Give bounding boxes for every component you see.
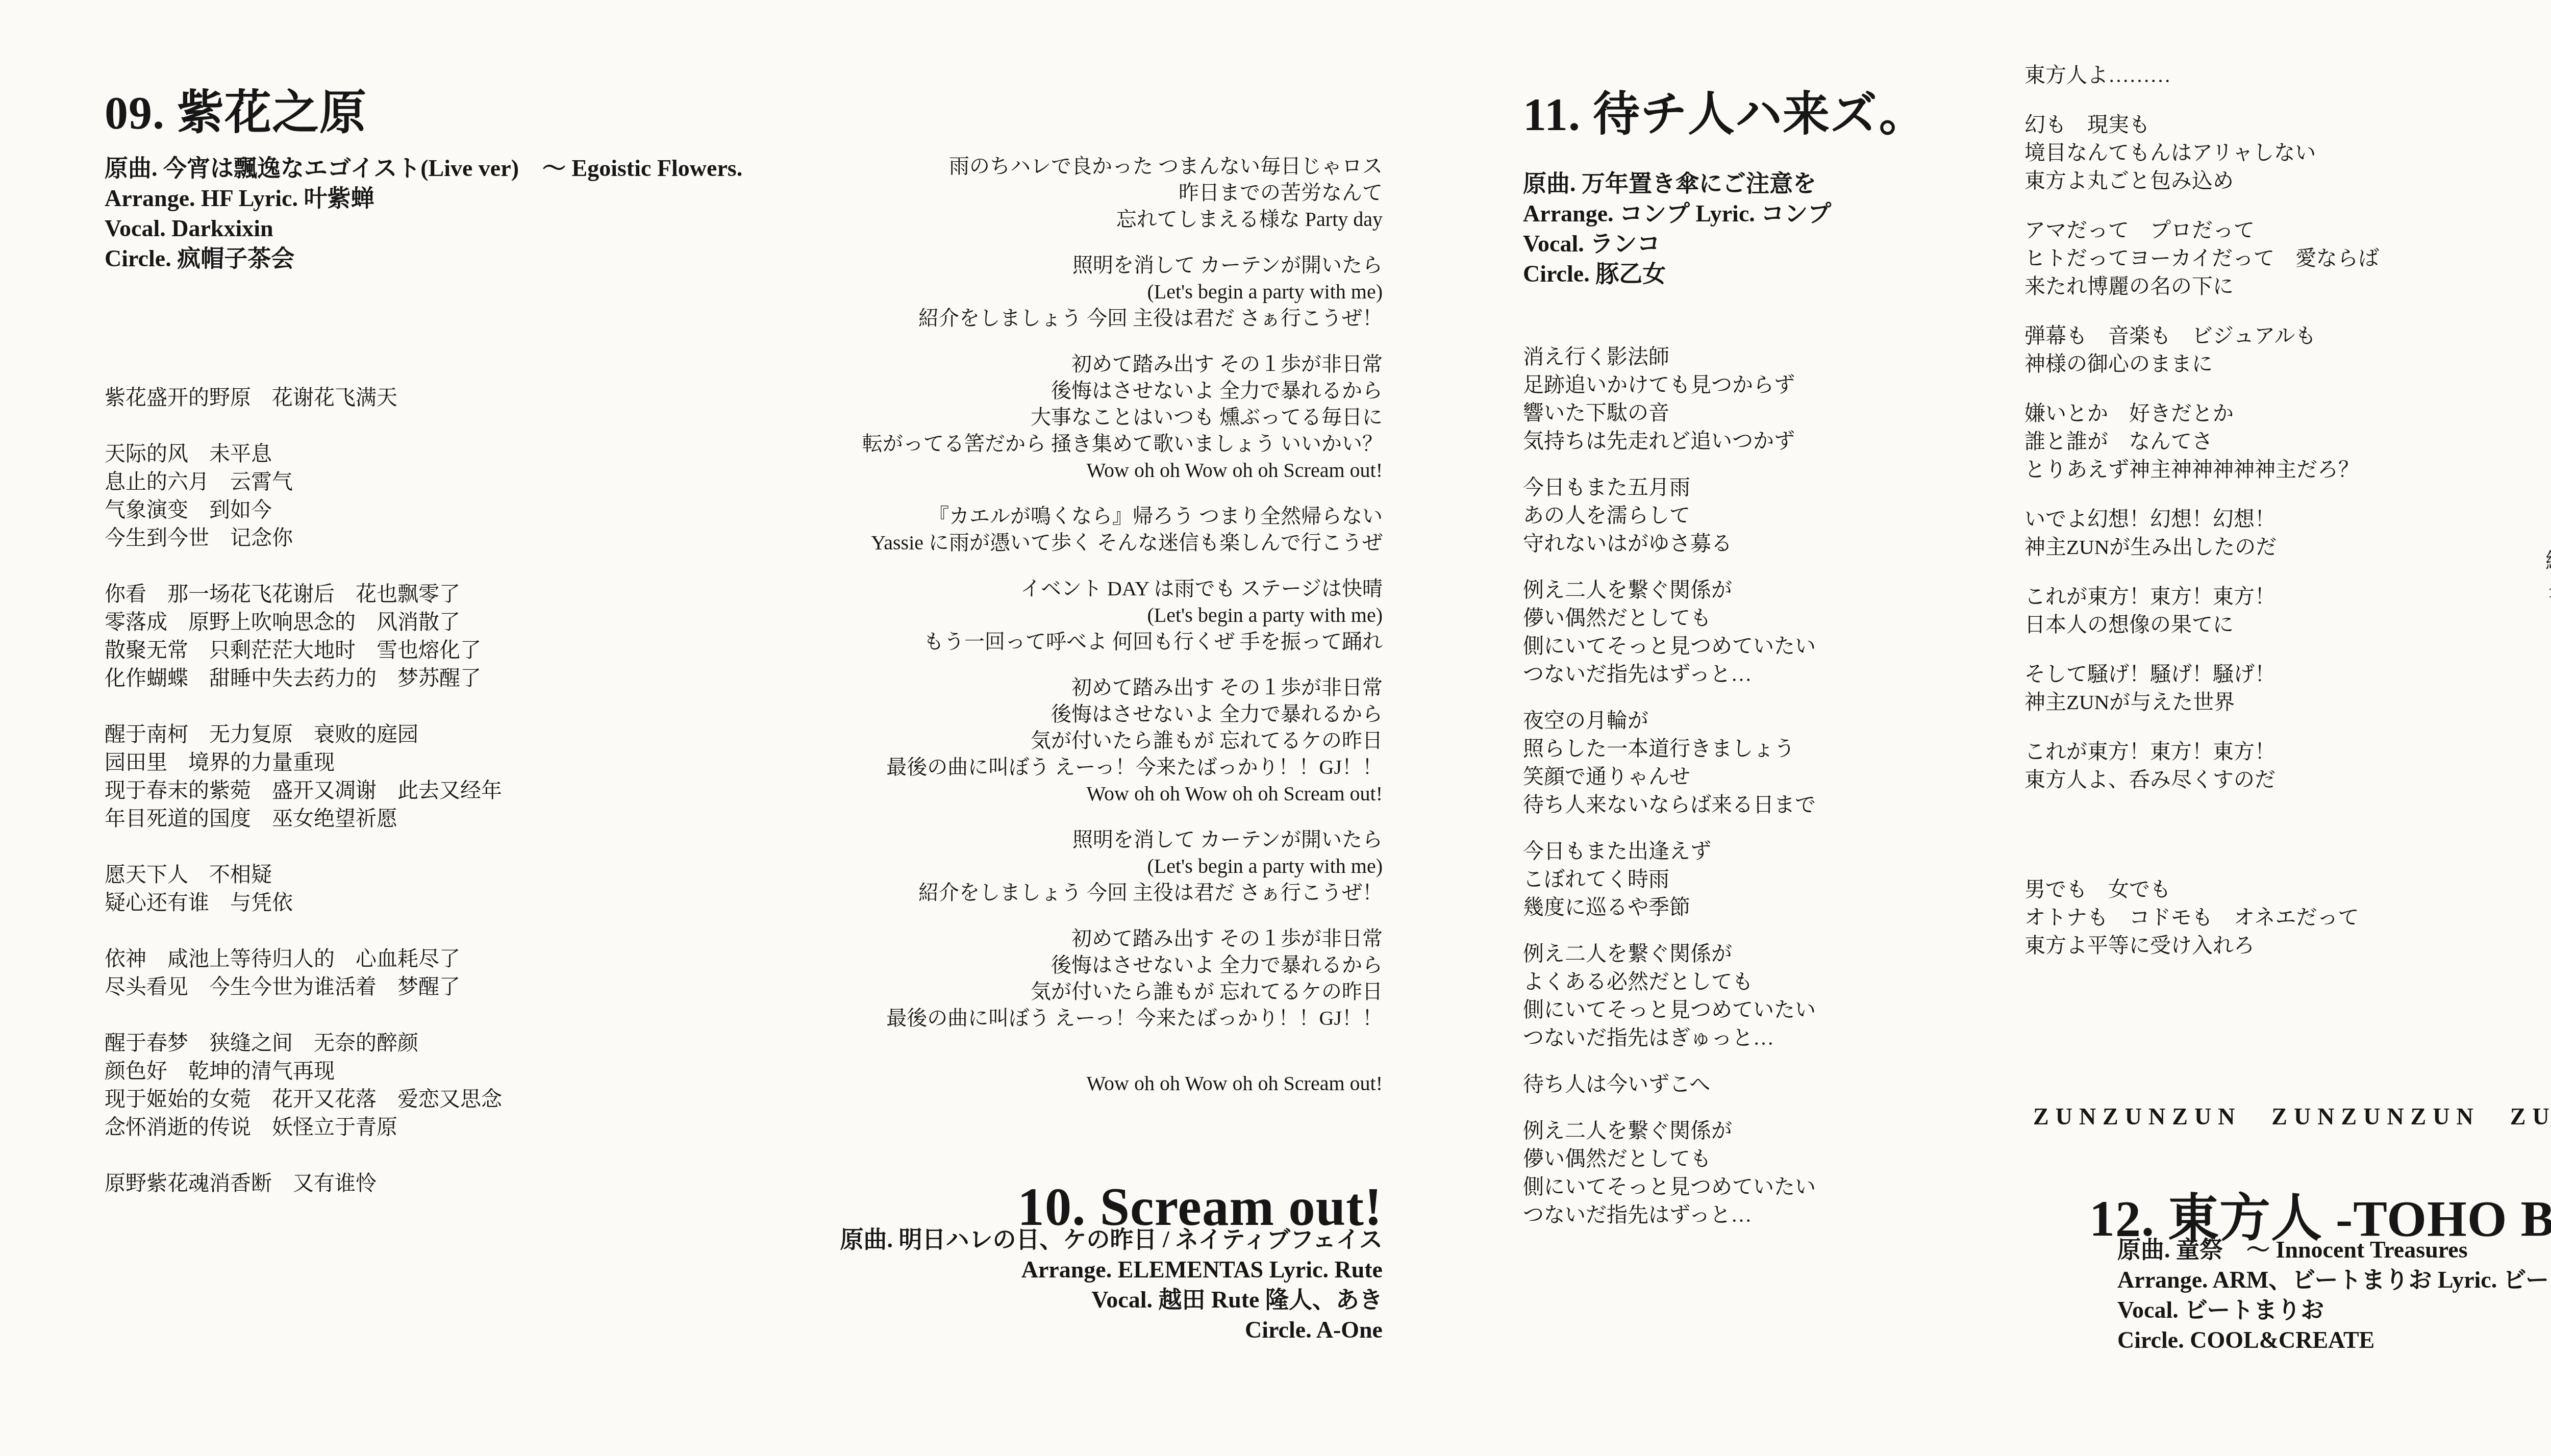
lyric-line: ヒトだってヨーカイだって 愛ならば bbox=[2024, 244, 2379, 272]
lyric-line: 雨のちハレで良かった つまんない毎日じゃロス bbox=[638, 153, 1383, 180]
lyric-line: 東方人よ、呑み尽くすのだ bbox=[2024, 766, 2379, 794]
lyric-line: 园田里 境界的力量重现 bbox=[105, 748, 502, 776]
stanza: 初めて踏み出す その１歩が非日常後悔はさせないよ 全力で暴れるから気が付いたら誰… bbox=[638, 925, 1383, 1032]
track12-vocal-credit: Vocal. ビートまりお bbox=[2117, 1295, 2551, 1325]
lyric-line: オトナも コドモも オネエだって bbox=[2024, 903, 2379, 932]
lyric-line: 幾度に巡るや季節 bbox=[1523, 893, 1816, 921]
stanza: Wow oh oh Wow oh oh Scream out! bbox=[638, 1070, 1383, 1097]
lyric-line: 足跡追いかけても見つからず bbox=[1523, 371, 1816, 399]
lyric-line: 大事なことはいつも 燻ぶってる毎日に bbox=[638, 404, 1383, 431]
lyric-line: 永夜抄 花映塚 文花帖 風神録 bbox=[2327, 519, 2551, 547]
lyric-line: (Let's begin a party with me) bbox=[638, 853, 1383, 880]
stanza: 嫌いとか 好きだとか誰と誰が なんてさとりあえず神主神神神神神主だろ？ bbox=[2024, 399, 2379, 484]
lyric-line: 原野紫花魂消香断 又有谁怜 bbox=[105, 1169, 502, 1197]
stanza: 弾幕も 音楽も ビジュアルも神様の御心のままに bbox=[2024, 322, 2379, 378]
lyric-line: いでよ幻想！幻想！幻想！ bbox=[2327, 652, 2551, 681]
lyric-line: 側にいてそっと見つめていたい bbox=[1523, 1173, 1816, 1201]
lyric-line: 现于春末的紫菀 盛开又凋谢 此去又经年 bbox=[105, 776, 502, 805]
track09-lyrics: 紫花盛开的野原 花谢花飞满天天际的风 未平息息止的六月 云霄气气象演变 到如今今… bbox=[105, 384, 502, 1225]
stanza: 初めて踏み出す その１歩が非日常後悔はさせないよ 全力で暴れるから大事なことはい… bbox=[638, 351, 1383, 484]
lyric-line: 気持ちは先走れど追いつかず bbox=[1523, 427, 1816, 455]
lyric-line: 誰と誰が なんてさ bbox=[2024, 428, 2379, 456]
stanza: 原野紫花魂消香断 又有谁怜 bbox=[105, 1169, 502, 1197]
stanza: 靈異伝 封魔録 夢時空 幻想郷怪綺談 紅魔郷 妖々夢 萃夢想永夜抄 花映塚 文花… bbox=[2327, 463, 2551, 631]
stanza: 男でも 女でもオトナも コドモも オネエだって東方よ平等に受け入れろ bbox=[2024, 875, 2379, 960]
track11-lyrics: 消え行く影法師足跡追いかけても見つからず響いた下駄の音気持ちは先走れど追いつかず… bbox=[1523, 343, 1816, 1247]
lyric-line: 守れないはがゆさ募る bbox=[1523, 530, 1816, 558]
stanza: いでよ幻想！幻想！幻想！神主ZUNが生み出したのだ bbox=[2024, 505, 2379, 561]
lyric-line: 『カエルが鳴くなら』帰ろう つまり全然帰らない bbox=[638, 503, 1383, 530]
lyric-line: そして騒げ！騒げ！騒げ！ bbox=[2024, 660, 2379, 688]
lyric-line: 転がってる筈だから 掻き集めて歌いましょう いいかい？ bbox=[638, 431, 1383, 457]
stanza: 例え二人を繋ぐ関係が儚い偶然だとしても側にいてそっと見つめていたいつないだ指先は… bbox=[1523, 576, 1816, 688]
lyrics-booklet-page: 09. 紫花之原 原曲. 今宵は飄逸なエゴイスト(Live ver) ～ Ego… bbox=[0, 0, 2551, 1456]
lyric-line: 散聚无常 只剩茫茫大地时 雪也熔化了 bbox=[105, 636, 502, 664]
lyric-line: こぼれてく時雨 bbox=[1523, 865, 1816, 893]
lyric-line: 男でも 女でも bbox=[2024, 875, 2379, 903]
lyric-line: 你看 那一场花飞花谢后 花也飘零了 bbox=[105, 580, 502, 608]
stanza: 醒于南柯 无力复原 衰败的庭园园田里 境界的力量重现现于春末的紫菀 盛开又凋谢 … bbox=[105, 720, 502, 833]
lyric-line: 後悔はさせないよ 全力で暴れるから bbox=[638, 952, 1383, 978]
lyric-line: つないだ指先はずっと… bbox=[1523, 1201, 1816, 1229]
stanza: 雨のちハレで良かった つまんない毎日じゃロス昨日までの苦労なんて忘れてしまえる様… bbox=[638, 153, 1383, 233]
lyric-line: ダブルスポイラー 大戦争 神霊廟 bbox=[2327, 575, 2551, 603]
lyric-line: 现于姬始的女菀 花开又花落 爱恋又思念 bbox=[105, 1085, 502, 1113]
track11-arrange-credit: Arrange. コンプ Lyric. コンプ bbox=[1523, 198, 1831, 229]
lyric-line: 初めて踏み出す その１歩が非日常 bbox=[638, 351, 1383, 378]
stanza: 例え二人を繋ぐ関係がよくある必然だとしても側にいてそっと見つめていたいつないだ指… bbox=[1523, 940, 1816, 1052]
lyric-line: Wow oh oh Wow oh oh Scream out! bbox=[638, 457, 1383, 484]
lyric-line: 側にいてそっと見つめていたい bbox=[1523, 632, 1816, 660]
track10-credits: 原曲. 明日ハレの日、ケの昨日 / ネイティブフェイス Arrange. ELE… bbox=[638, 1224, 1383, 1345]
lyric-line: 照明を消して カーテンが開いたら bbox=[638, 826, 1383, 853]
lyric-line: 緋想天 地霊殿 星蓮船 非想天則 bbox=[2327, 547, 2551, 575]
lyric-line: よくある必然だとしても bbox=[1523, 968, 1816, 996]
lyric-line: 後悔はさせないよ 全力で暴れるから bbox=[638, 701, 1383, 727]
lyric-line: 日本人の想像の果てに bbox=[2024, 611, 2379, 639]
lyric-line: イベント DAY は雨でも ステージは快晴 bbox=[638, 575, 1383, 602]
stanza: これが東方！東方！東方！東方人よ、呑み尽くすのだ bbox=[2024, 738, 2379, 794]
stanza: 照明を消して カーテンが開いたら(Let's begin a party wit… bbox=[638, 252, 1383, 332]
lyric-line: 照明を消して カーテンが開いたら bbox=[638, 252, 1383, 279]
lyric-line: Yassie に雨が憑いて歩く そんな迷信も楽しんで行こうぜ bbox=[638, 530, 1383, 556]
stanza: イベント DAY は雨でも ステージは快晴(Let's begin a part… bbox=[638, 575, 1383, 655]
lyric-line: 笑顔で通りゃんせ bbox=[1523, 763, 1816, 791]
stanza: 東方人よ……… bbox=[2024, 61, 2379, 89]
lyric-line: 神主ZUNが与えた世界 bbox=[2327, 836, 2551, 864]
lyric-line: 東方人よ……… bbox=[2024, 61, 2379, 89]
lyric-line: 最後の曲に叫ぼう えーっ！今来たばっかり！！GJ！！ bbox=[638, 754, 1383, 781]
lyric-line: Wow oh oh Wow oh oh Scream out! bbox=[638, 781, 1383, 807]
stanza: 今日もまた出逢えずこぼれてく時雨幾度に巡るや季節 bbox=[1523, 837, 1816, 921]
lyric-line: 靈異伝 封魔録 夢時空 幻想郷 bbox=[2327, 463, 2551, 491]
lyric-line: 神主ZUNが生み出したのだ bbox=[2024, 533, 2379, 561]
lyric-line: 天际的风 未平息 bbox=[105, 440, 502, 468]
lyric-line: 初めて踏み出す その１歩が非日常 bbox=[638, 925, 1383, 952]
lyric-line: パロだってナンだって 愛ならば bbox=[2327, 385, 2551, 413]
lyric-line: 東方よ平等に受け入れろ bbox=[2024, 932, 2379, 960]
lyric-line: とりあえず神主神神神神神主だろ？ bbox=[2024, 456, 2379, 484]
stanza: これが東方！東方！東方！日本人の想像の果てに bbox=[2024, 583, 2379, 639]
stanza: これが東方！東方！東方！日本人の想像の果てに bbox=[2327, 730, 2551, 786]
track11-title: 11. 待チ人ハ来ズ。 bbox=[1523, 77, 1927, 144]
track12-credits: 原曲. 童祭 ～ Innocent Treasures Arrange. ARM… bbox=[2117, 1235, 2551, 1355]
lyric-line: 側にいてそっと見つめていたい bbox=[1523, 996, 1816, 1024]
track12-original-credit: 原曲. 童祭 ～ Innocent Treasures bbox=[2117, 1235, 2551, 1265]
stanza: 夜空の月輪が照らした一本道行きましょう笑顔で通りゃんせ待ち人来ないならば来る日ま… bbox=[1523, 707, 1816, 819]
stanza: いでよ幻想！幻想！幻想！神主ZUNが生み出したのだ bbox=[2327, 652, 2551, 709]
track12-circle-credit: Circle. COOL&CREATE bbox=[2117, 1325, 2551, 1355]
lyric-line: 例え二人を繋ぐ関係が bbox=[1523, 576, 1816, 604]
lyric-line: 神主ZUNが生み出したのだ bbox=[2327, 681, 2551, 709]
lyric-line: これが東方！東方！東方！ bbox=[2024, 738, 2379, 766]
lyric-line: 待ち人来ないならば来る日まで bbox=[1523, 791, 1816, 819]
track11-vocal-credit: Vocal. ランコ bbox=[1523, 229, 1831, 259]
stanza: 消え行く影法師足跡追いかけても見つからず響いた下駄の音気持ちは先走れど追いつかず bbox=[1523, 343, 1816, 455]
lyric-line: 照らした一本道行きましょう bbox=[1523, 735, 1816, 763]
lyric-line: 年目死道的国度 巫女绝望祈愿 bbox=[105, 805, 502, 833]
lyric-line: 最後の曲に叫ぼう えーっ！今来たばっかり！！GJ！！ bbox=[638, 1005, 1383, 1032]
lyric-line: 紹介をしましょう 今回 主役は君だ さぁ行こうぜ！ bbox=[638, 880, 1383, 906]
lyric-line: 例え二人を繋ぐ関係が bbox=[1523, 1117, 1816, 1145]
lyric-line: アマだって プロだって bbox=[2024, 216, 2379, 244]
lyric-line: 夜空の月輪が bbox=[1523, 707, 1816, 735]
stanza: 你看 那一场花飞花谢后 花也飘零了零落成 原野上吹响思念的 风消散了散聚无常 只… bbox=[105, 580, 502, 692]
lyric-line: 気が付いたら誰もが 忘れてるケの昨日 bbox=[638, 727, 1383, 754]
lyric-line: 怪綺談 紅魔郷 妖々夢 萃夢想 bbox=[2327, 491, 2551, 519]
track10-lyrics: 雨のちハレで良かった つまんない毎日じゃロス昨日までの苦労なんて忘れてしまえる様… bbox=[638, 153, 1383, 1116]
lyric-line: 今日もまた出逢えず bbox=[1523, 837, 1816, 865]
lyric-line: 例え二人を繋ぐ関係が bbox=[1523, 940, 1816, 968]
lyric-line: 来たれ博麗の名の下に bbox=[2024, 272, 2379, 300]
stanza: 照明を消して カーテンが開いたら(Let's begin a party wit… bbox=[638, 826, 1383, 906]
lyric-line: 儚い偶然だとしても bbox=[1523, 1145, 1816, 1173]
stanza: 愿天下人 不相疑疑心还有谁 与凭依 bbox=[105, 861, 502, 917]
lyric-line: これが東方！東方！東方！ bbox=[2327, 885, 2551, 913]
lyric-line: 颜色好 乾坤的清气再现 bbox=[105, 1057, 502, 1085]
lyric-line: あの人を濡らして bbox=[1523, 501, 1816, 530]
lyric-line: 後悔はさせないよ 全力で暴れるから bbox=[638, 378, 1383, 404]
lyric-line: 神主ZUNが与えた世界 bbox=[2024, 688, 2379, 716]
lyric-line: 心綺楼 輝針城 ... and more!!!! bbox=[2327, 603, 2551, 631]
lyric-line: 嫌いとか 好きだとか bbox=[2024, 399, 2379, 428]
track12-arrange-credit: Arrange. ARM、ビートまりお Lyric. ビートまりお bbox=[2117, 1265, 2551, 1295]
lyric-line: 日本人の想像の果てに bbox=[2327, 758, 2551, 786]
lyric-line: 弾幕も 音楽も ビジュアルも bbox=[2024, 322, 2379, 350]
track12-lyrics-right-column: エロどーじんも ゴロどーじんもパロだってナンだって 愛ならば幻想の歴史は続くのだ… bbox=[2327, 357, 2551, 963]
lyric-line: 气象演变 到如今 bbox=[105, 496, 502, 524]
lyric-line: 化作蝴蝶 甜睡中失去药力的 梦苏醒了 bbox=[105, 664, 502, 692]
stanza: これが東方！東方！東方！東方人よ、呑み尽くすのだ bbox=[2327, 885, 2551, 941]
stanza: 天际的风 未平息息止的六月 云霄气气象演变 到如今今生到今世 记念你 bbox=[105, 440, 502, 552]
stanza: 紫花盛开的野原 花谢花飞满天 bbox=[105, 384, 502, 412]
lyric-line: (Let's begin a party with me) bbox=[638, 279, 1383, 305]
lyric-line: 待ち人は今いずこへ bbox=[1523, 1070, 1816, 1098]
track10-vocal-credit: Vocal. 越田 Rute 隆人、あき bbox=[638, 1285, 1383, 1315]
stanza: 幻も 現実も境目なんてもんはアリャしない東方よ丸ごと包み込め bbox=[2024, 111, 2379, 195]
lyric-line: 紹介をしましょう 今回 主役は君だ さぁ行こうぜ！ bbox=[638, 305, 1383, 332]
track10-arrange-credit: Arrange. ELEMENTAS Lyric. Rute bbox=[638, 1254, 1383, 1285]
lyric-line: そして騒げ！騒げ！騒げ！ bbox=[2327, 808, 2551, 836]
stanza: そして騒げ！騒げ！騒げ！神主ZUNが与えた世界 bbox=[2327, 808, 2551, 864]
lyric-line: 息止的六月 云霄气 bbox=[105, 468, 502, 496]
stanza: 待ち人は今いずこへ bbox=[1523, 1070, 1816, 1098]
stanza: そして騒げ！騒げ！騒げ！神主ZUNが与えた世界 bbox=[2024, 660, 2379, 716]
stanza: 醒于春梦 狭缝之间 无奈的醉颜颜色好 乾坤的清气再现现于姬始的女菀 花开又花落 … bbox=[105, 1029, 502, 1141]
lyric-line: 東方よ丸ごと包み込め bbox=[2024, 167, 2379, 195]
lyric-line: 東方人よ、呑み尽くすのだ bbox=[2327, 913, 2551, 941]
lyric-line: 念怀消逝的传说 妖怪立于青原 bbox=[105, 1113, 502, 1141]
lyric-line: 昨日までの苦労なんて bbox=[638, 180, 1383, 206]
lyric-line: つないだ指先はずっと… bbox=[1523, 660, 1816, 688]
track11-original-credit: 原曲. 万年置き傘にご注意を bbox=[1523, 168, 1831, 198]
lyric-line: 零落成 原野上吹响思念的 风消散了 bbox=[105, 608, 502, 636]
stanza: エロどーじんも ゴロどーじんもパロだってナンだって 愛ならば幻想の歴史は続くのだ… bbox=[2327, 357, 2551, 441]
track11-circle-credit: Circle. 豚乙女 bbox=[1523, 259, 1831, 289]
stanza: 依神 咸池上等待归人的 心血耗尽了尽头看见 今生今世为谁活着 梦醒了 bbox=[105, 945, 502, 1001]
lyric-line: 響いた下駄の音 bbox=[1523, 399, 1816, 427]
stanza: 今日もまた五月雨あの人を濡らして守れないはがゆさ募る bbox=[1523, 473, 1816, 558]
lyric-line: 初めて踏み出す その１歩が非日常 bbox=[638, 674, 1383, 701]
lyric-line: もう一回って呼べよ 何回も行くぜ 手を振って踊れ bbox=[638, 629, 1383, 655]
lyric-line: 尽头看见 今生今世为谁活着 梦醒了 bbox=[105, 973, 502, 1001]
lyric-line: 今日もまた五月雨 bbox=[1523, 473, 1816, 501]
lyric-line: これが東方！東方！東方！ bbox=[2024, 583, 2379, 611]
lyric-line: 境目なんてもんはアリャしない bbox=[2024, 139, 2379, 167]
track09-title: 09. 紫花之原 bbox=[105, 75, 367, 142]
stanza: 初めて踏み出す その１歩が非日常後悔はさせないよ 全力で暴れるから気が付いたら誰… bbox=[638, 674, 1383, 807]
stanza: アマだって プロだってヒトだってヨーカイだって 愛ならば来たれ博麗の名の下に bbox=[2024, 216, 2379, 300]
lyric-line: エロどーじんも ゴロどーじんも bbox=[2327, 357, 2551, 385]
lyric-line: 愿天下人 不相疑 bbox=[105, 861, 502, 889]
lyric-line: 幻想の歴史は続くのだ！ bbox=[2327, 413, 2551, 441]
track10-circle-credit: Circle. A-One bbox=[638, 1315, 1383, 1345]
stanza: 『カエルが鳴くなら』帰ろう つまり全然帰らないYassie に雨が憑いて歩く そ… bbox=[638, 503, 1383, 556]
lyric-line: つないだ指先はぎゅっと… bbox=[1523, 1024, 1816, 1052]
lyric-line: 紫花盛开的野原 花谢花飞满天 bbox=[105, 384, 502, 412]
lyric-line: 今生到今世 记念你 bbox=[105, 524, 502, 552]
lyric-line: 醒于南柯 无力复原 衰败的庭园 bbox=[105, 720, 502, 748]
lyric-line: 醒于春梦 狭缝之间 无奈的醉颜 bbox=[105, 1029, 502, 1057]
lyric-line: 神様の御心のままに bbox=[2024, 350, 2379, 378]
lyric-line: Wow oh oh Wow oh oh Scream out! bbox=[638, 1070, 1383, 1097]
lyric-line: 疑心还有谁 与凭依 bbox=[105, 889, 502, 917]
lyric-line: 幻も 現実も bbox=[2024, 111, 2379, 139]
track11-credits: 原曲. 万年置き傘にご注意を Arrange. コンプ Lyric. コンプ V… bbox=[1523, 168, 1831, 289]
lyric-line: 依神 咸池上等待归人的 心血耗尽了 bbox=[105, 945, 502, 973]
lyric-line: いでよ幻想！幻想！幻想！ bbox=[2024, 505, 2379, 533]
lyric-line: 消え行く影法師 bbox=[1523, 343, 1816, 371]
lyric-line: 忘れてしまえる様な Party day bbox=[638, 206, 1383, 233]
lyric-line: これが東方！東方！東方！ bbox=[2327, 730, 2551, 758]
track10-original-credit: 原曲. 明日ハレの日、ケの昨日 / ネイティブフェイス bbox=[638, 1224, 1383, 1254]
lyric-line: 儚い偶然だとしても bbox=[1523, 604, 1816, 632]
lyric-line: (Let's begin a party with me) bbox=[638, 602, 1383, 629]
stanza: 例え二人を繋ぐ関係が儚い偶然だとしても側にいてそっと見つめていたいつないだ指先は… bbox=[1523, 1117, 1816, 1229]
track12-lyrics-left-column: 東方人よ………幻も 現実も境目なんてもんはアリャしない東方よ丸ごと包み込めアマだ… bbox=[2024, 61, 2379, 981]
track12-zun-chant-line: ZUNZUNZUN ZUNZUNZUN ZUNZUNZUN……… bbox=[2033, 1098, 2551, 1132]
lyric-line: 気が付いたら誰もが 忘れてるケの昨日 bbox=[638, 978, 1383, 1005]
